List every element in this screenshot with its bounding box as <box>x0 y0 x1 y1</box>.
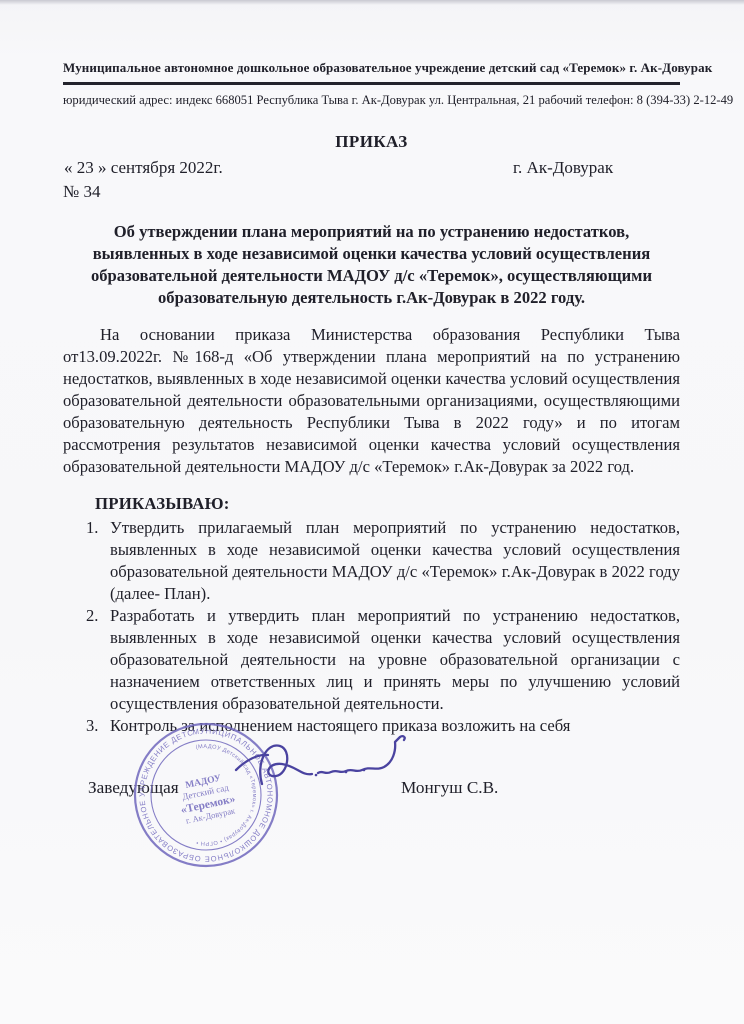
scanned-order-document: Муниципальное автономное дошкольное обра… <box>0 0 744 1024</box>
organization-name: Муниципальное автономное дошкольное обра… <box>63 60 680 76</box>
scan-edge-artifact <box>0 0 744 5</box>
letterhead: Муниципальное автономное дошкольное обра… <box>63 60 680 108</box>
letterhead-divider <box>63 82 680 85</box>
order-subject: Об утверждении плана мероприятий на по у… <box>81 221 663 309</box>
signatory-name: Монгуш С.В. <box>401 778 498 798</box>
order-item-3: Контроль за исполнением настоящего прика… <box>63 715 680 737</box>
organization-address: юридический адрес: индекс 668051 Республ… <box>63 93 680 108</box>
order-number: № 34 <box>63 182 680 202</box>
order-item-2: Разработать и утвердить план мероприятий… <box>63 605 680 714</box>
signatory-position: Заведующая <box>88 778 179 798</box>
order-place: г. Ак-Довурак <box>513 158 613 178</box>
order-item-1: Утвердить прилагаемый план мероприятий п… <box>63 517 680 605</box>
order-meta-row: « 23 » сентября 2022г. г. Ак-Довурак <box>63 158 680 181</box>
command-word: ПРИКАЗЫВАЮ: <box>63 494 680 514</box>
order-items-list: Утвердить прилагаемый план мероприятий п… <box>63 517 680 736</box>
signature-row: Заведующая Монгуш С.В. <box>63 778 680 804</box>
document-title: ПРИКАЗ <box>63 132 680 152</box>
order-date: « 23 » сентября 2022г. <box>64 158 223 178</box>
order-body: ПРИКАЗ « 23 » сентября 2022г. г. Ак-Дову… <box>63 132 680 804</box>
svg-text:г. Ак-Довурак: г. Ак-Довурак <box>185 805 237 825</box>
order-preamble: На основании приказа Министерства образо… <box>63 324 680 477</box>
